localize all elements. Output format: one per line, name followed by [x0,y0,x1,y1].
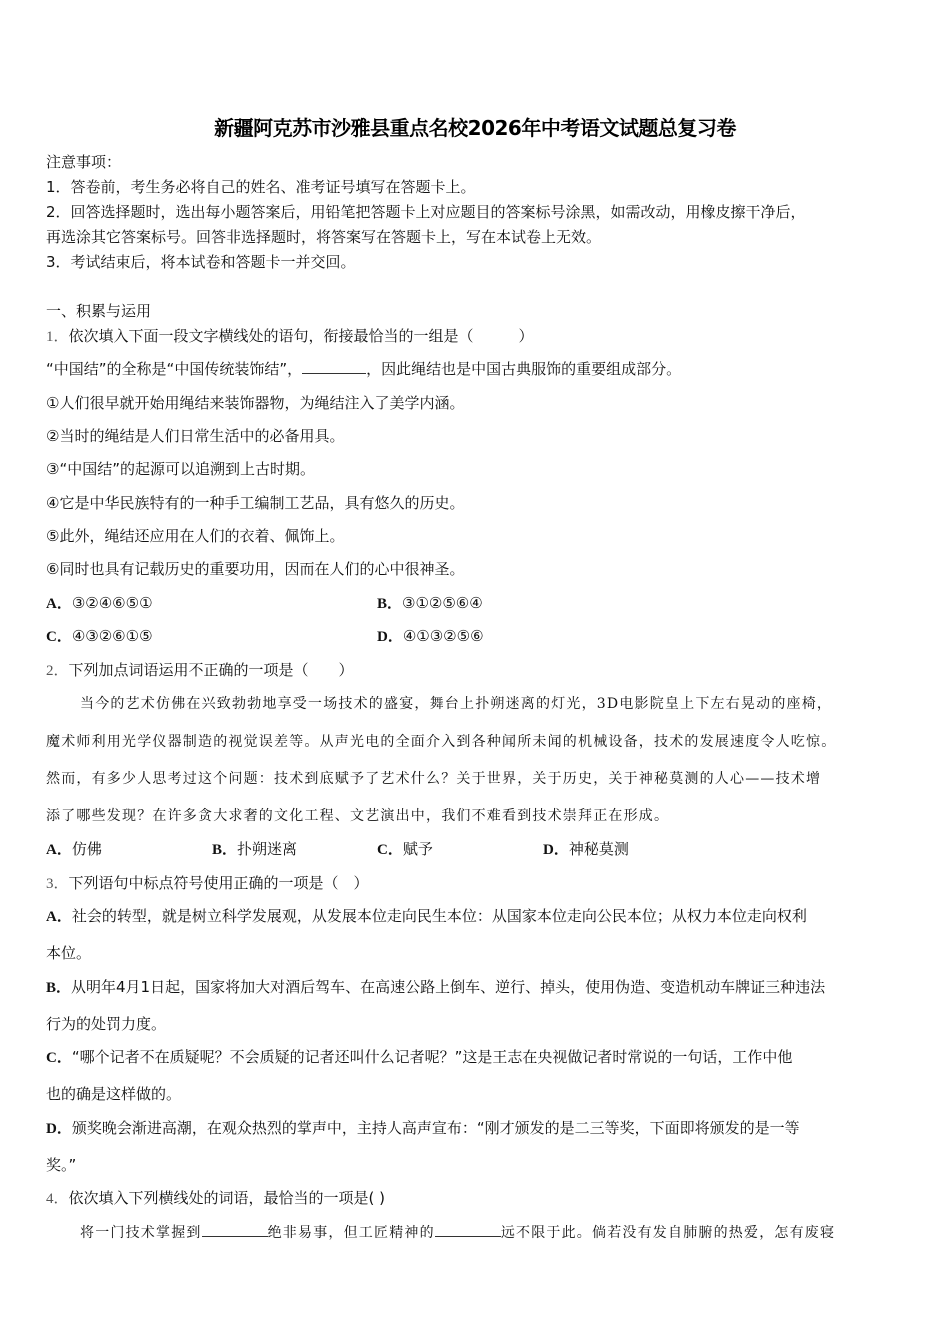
option-text: 神秘莫测 [569,840,629,858]
option-label: B． [46,980,71,996]
option-text: ③②④⑥⑤① [72,594,153,612]
sentence-4: ④它是中华民族特有的一种手工编制工艺品，具有悠久的历史。 [46,493,464,513]
q2-passage-line-4: 添了哪些发现？在许多贪大求奢的文化工程、文艺演出中，我们不难看到技术崇拜正在形成… [46,806,669,826]
question-3-stem: 3．下列语句中标点符号使用正确的一项是（ ） [46,873,369,894]
option-text: 赋予 [403,840,433,858]
q2-option-a: A．仿佛 [46,839,102,860]
q2-passage-line-3: 然而，有多少人思考过这个问题：技术到底赋予了艺术什么？关于世界，关于历史，关于神… [46,769,821,789]
q2-option-d: D．神秘莫测 [543,839,629,860]
q2-passage-line-1: 当今的艺术仿佛在兴致勃勃地享受一场技术的盛宴，舞台上扑朔迷离的灯光，3D电影院皇… [80,694,832,714]
option-text: 社会的转型，就是树立科学发展观，从发展本位走向民生本位：从国家本位走向公民本位；… [72,907,807,925]
question-4-stem: 4．依次填入下列横线处的词语，最恰当的一项是( ) [46,1188,385,1209]
passage-text: ，因此绳结也是中国古典服饰的重要组成部分。 [366,360,681,378]
option-text: 颁奖晚会渐进高潮，在观众热烈的掌声中，主持人高声宣布：“刚才颁发的是二三等奖，下… [72,1119,800,1137]
sentence-6: ⑥同时也具有记载历史的重要功用，因而在人们的心中很神圣。 [46,559,464,579]
passage-text: 将一门技术掌握到 [80,1225,202,1241]
fill-blank [302,359,366,374]
option-text: ③①②⑤⑥④ [402,594,483,612]
sentence-2: ②当时的绳结是人们日常生活中的必备用具。 [46,426,344,446]
option-label: D． [377,629,403,645]
q3-option-c-line-2: 也的确是这样做的。 [46,1084,181,1104]
q2-option-b: B．扑朔迷离 [212,839,297,860]
question-number: 1． [46,329,69,345]
question-number: 2． [46,663,69,679]
exam-page: 新疆阿克苏市沙雅县重点名校2026年中考语文试题总复习卷 注意事项： 1．答卷前… [0,0,950,1344]
section-heading: 一、积累与运用 [46,301,151,321]
fill-blank [202,1222,268,1237]
option-text: 从明年4月1日起，国家将加大对酒后驾车、在高速公路上倒车、逆行、掉头，使用伪造、… [71,978,825,996]
q3-option-c-line-1: C．“哪个记者不在质疑呢？不会质疑的记者还叫什么记者呢？”这是王志在央视做记者时… [46,1047,792,1068]
q1-option-a: A．③②④⑥⑤① [46,593,153,614]
fill-blank [435,1222,501,1237]
document-title: 新疆阿克苏市沙雅县重点名校2026年中考语文试题总复习卷 [0,112,950,141]
notice-item-2: 2．回答选择题时，选出每小题答案后，用铅笔把答题卡上对应题目的答案标号涂黑，如需… [46,202,806,222]
q2-passage-line-2: 魔术师利用光学仪器制造的视觉误差等。从声光电的全面介入到各种闻所未闻的机械设备，… [46,732,836,752]
q1-option-d: D．④①③②⑤⑥ [377,626,484,647]
passage-text: 绝非易事，但工匠精神的 [268,1225,435,1241]
notice-item-1: 1．答卷前，考生务必将自己的姓名、准考证号填写在答题卡上。 [46,177,476,197]
q3-option-d-line-2: 奖。” [46,1155,76,1175]
option-label: B． [212,842,237,858]
sentence-3: ③“中国结”的起源可以追溯到上古时期。 [46,459,315,479]
question-1-passage: “中国结”的全称是“中国传统装饰结”，，因此绳结也是中国古典服饰的重要组成部分。 [46,359,681,379]
option-label: D． [543,842,569,858]
option-text: 仿佛 [72,840,102,858]
option-text: ④①③②⑤⑥ [403,627,484,645]
sentence-1: ①人们很早就开始用绳结来装饰器物，为绳结注入了美学内涵。 [46,393,464,413]
option-label: A． [46,909,72,925]
option-label: C． [46,1050,72,1066]
question-text: 依次填入下面一段文字横线处的语句，衔接最恰当的一组是（ ） [69,327,534,345]
question-1-stem: 1．依次填入下面一段文字横线处的语句，衔接最恰当的一组是（ ） [46,326,534,347]
question-number: 4． [46,1191,69,1207]
question-number: 3． [46,876,69,892]
question-2-stem: 2．下列加点词语运用不正确的一项是（ ） [46,660,354,681]
notice-heading: 注意事项： [46,152,121,172]
sentence-5: ⑤此外，绳结还应用在人们的衣着、佩饰上。 [46,526,344,546]
q2-option-c: C．赋予 [377,839,433,860]
option-label: C． [46,629,72,645]
option-text: ④③②⑥①⑤ [72,627,153,645]
option-text: “哪个记者不在质疑呢？不会质疑的记者还叫什么记者呢？”这是王志在央视做记者时常说… [72,1048,793,1066]
option-label: D． [46,1121,72,1137]
option-label: A． [46,842,72,858]
q3-option-b-line-2: 行为的处罚力度。 [46,1014,166,1034]
q4-passage-line-1: 将一门技术掌握到绝非易事，但工匠精神的远不限于此。倘若没有发自肺腑的热爱，怎有废… [80,1222,835,1243]
passage-text: “中国结”的全称是“中国传统装饰结”， [46,360,302,378]
notice-item-2-cont: 再选涂其它答案标号。回答非选择题时，将答案写在答题卡上，写在本试卷上无效。 [46,227,601,247]
question-text: 依次填入下列横线处的词语，最恰当的一项是( ) [69,1189,385,1207]
option-label: C． [377,842,403,858]
q3-option-a-line-1: A．社会的转型，就是树立科学发展观，从发展本位走向民生本位：从国家本位走向公民本… [46,906,807,927]
option-label: A． [46,596,72,612]
q1-option-b: B．③①②⑤⑥④ [377,593,483,614]
option-text: 扑朔迷离 [237,840,297,858]
q3-option-b-line-1: B．从明年4月1日起，国家将加大对酒后驾车、在高速公路上倒车、逆行、掉头，使用伪… [46,977,825,998]
q1-option-c: C．④③②⑥①⑤ [46,626,153,647]
q3-option-a-line-2: 本位。 [46,943,91,963]
question-text: 下列加点词语运用不正确的一项是（ ） [69,661,354,679]
question-text: 下列语句中标点符号使用正确的一项是（ ） [69,874,369,892]
notice-item-3: 3．考试结束后，将本试卷和答题卡一并交回。 [46,252,356,272]
passage-text: 远不限于此。倘若没有发自肺腑的热爱，怎有废寝 [501,1225,835,1241]
q3-option-d-line-1: D．颁奖晚会渐进高潮，在观众热烈的掌声中，主持人高声宣布：“刚才颁发的是二三等奖… [46,1118,800,1139]
option-label: B． [377,596,402,612]
